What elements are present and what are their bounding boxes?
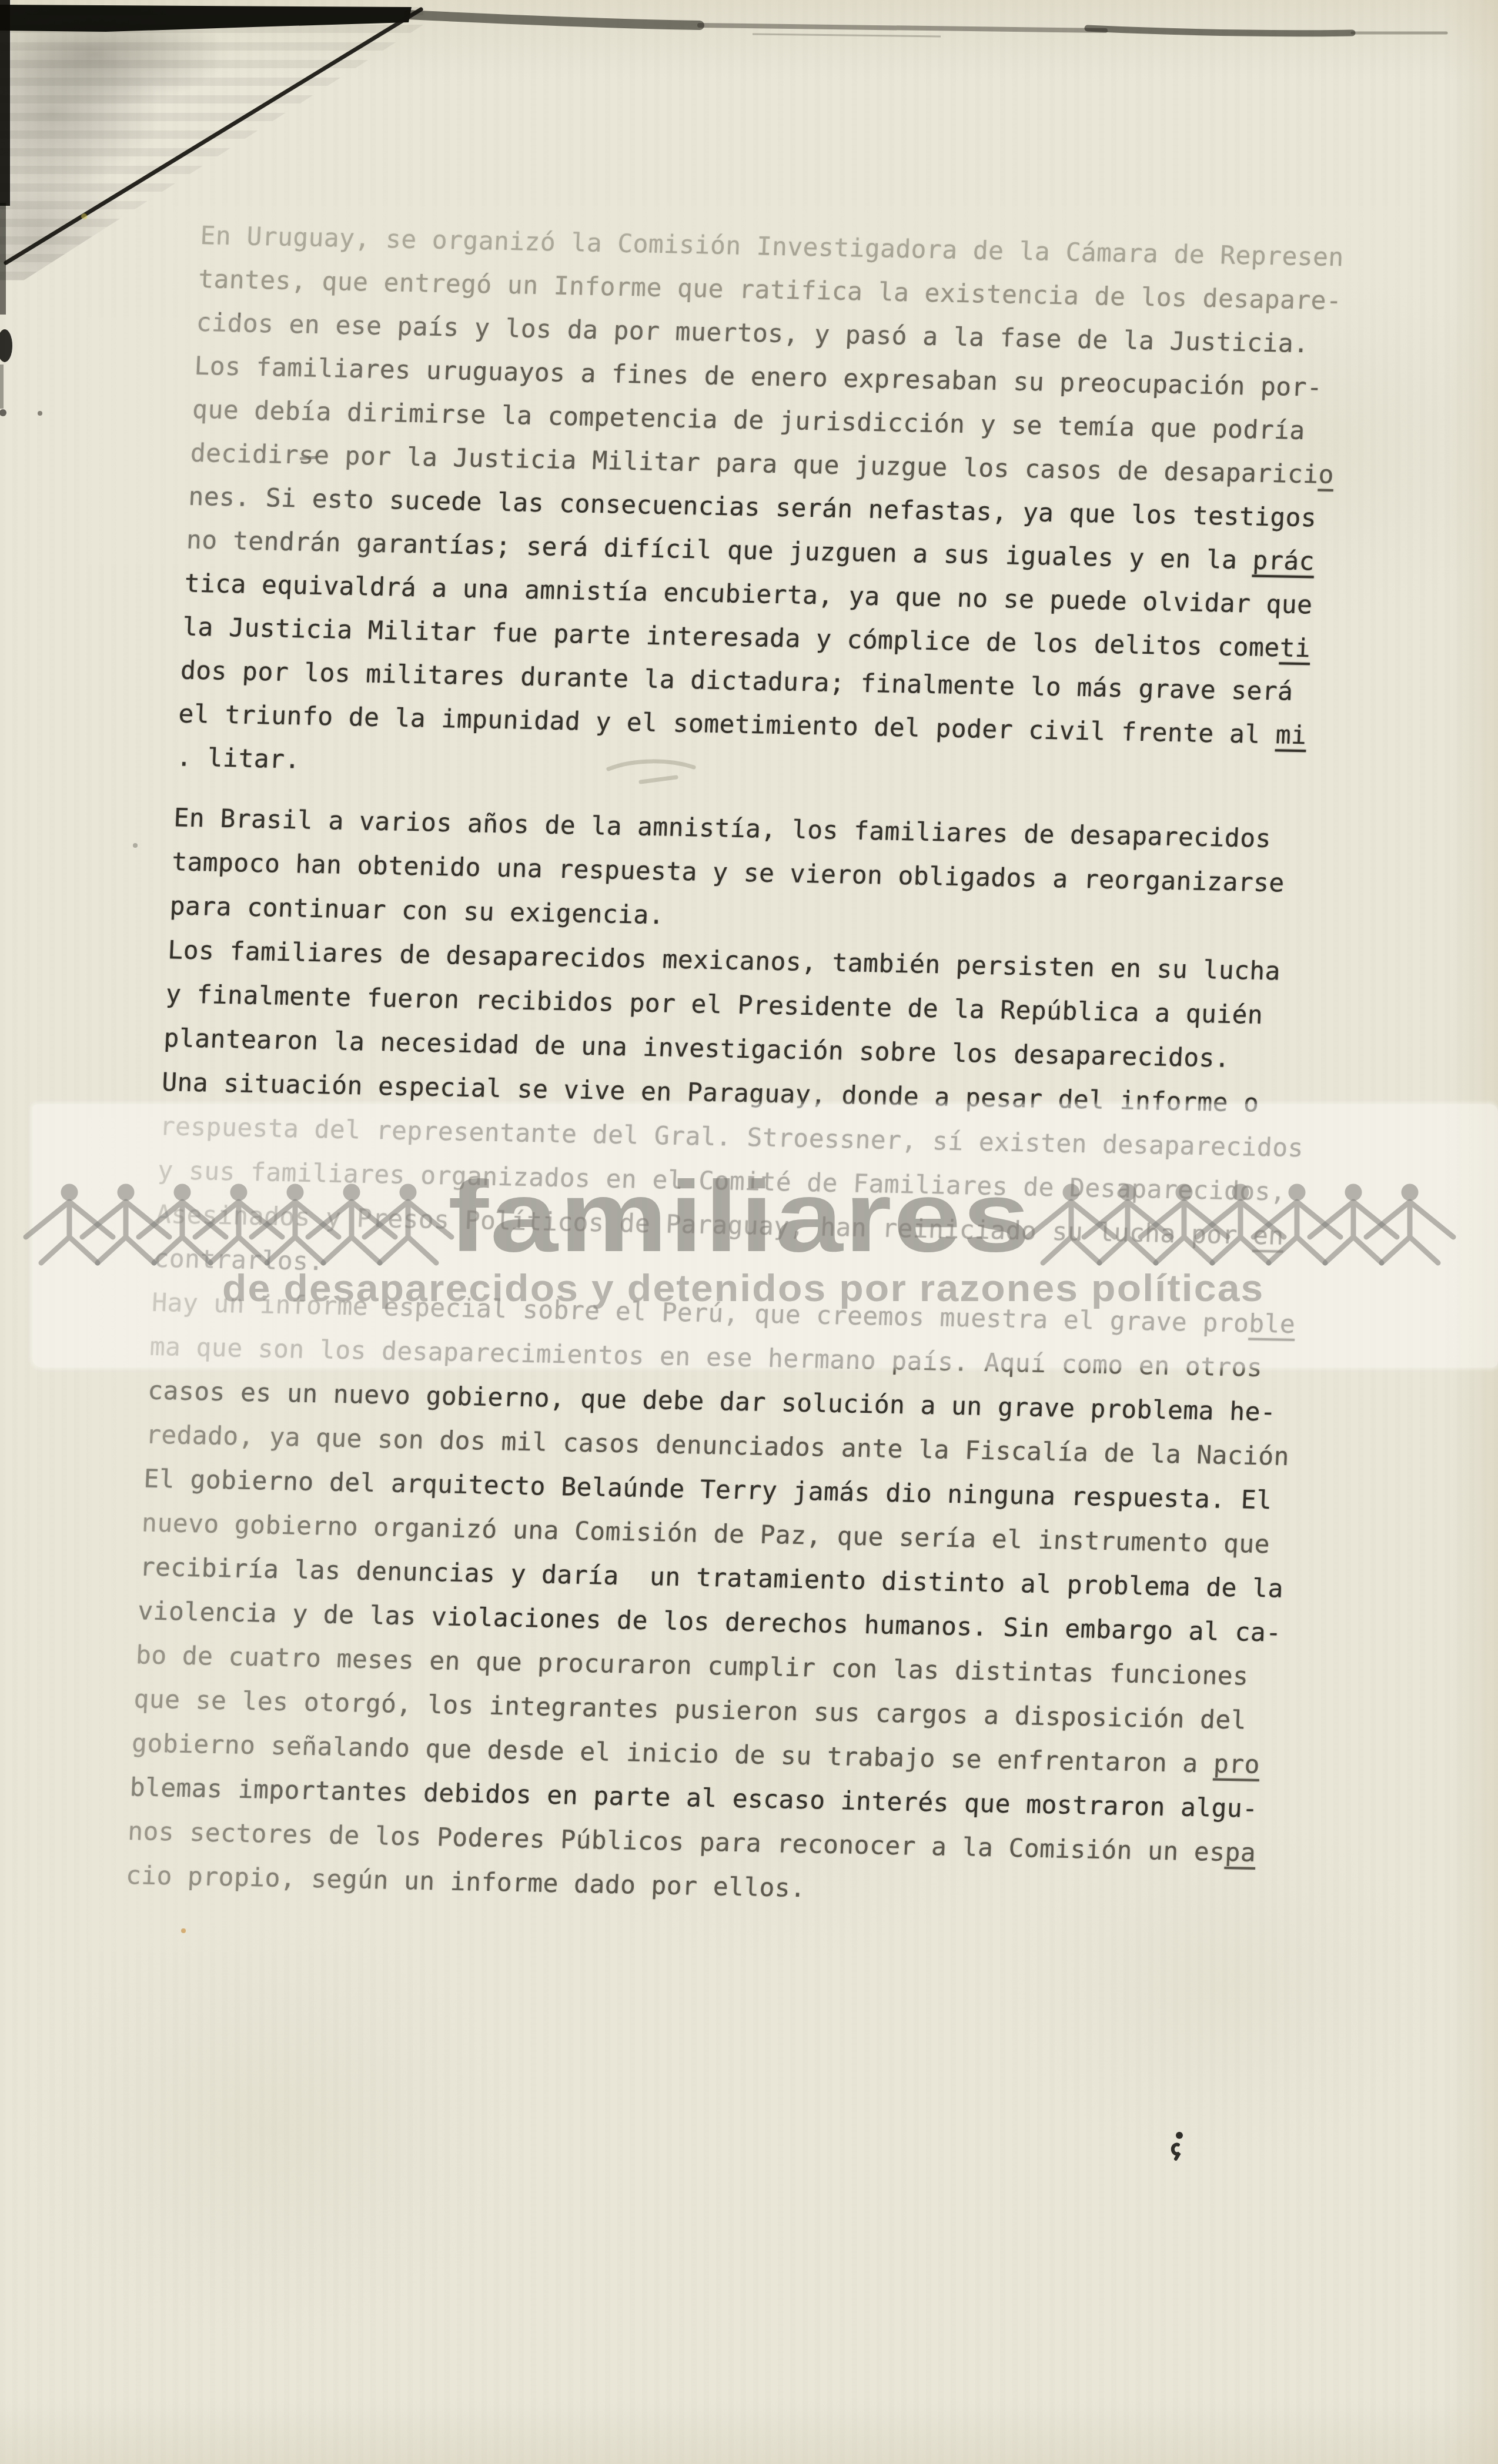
scanned-document-page: En Uruguay, se organizó la Comisión Inve… — [0, 0, 1498, 2464]
watermark-brand-text: familiares — [448, 1167, 1032, 1267]
typed-text-block: En Uruguay, se organizó la Comisión Inve… — [123, 219, 1376, 1945]
typed-line: cio propio, según un informe dado por el… — [125, 1858, 807, 1905]
paper-chain-people-icon — [1043, 1181, 1438, 1269]
paper-chain-people-icon — [41, 1181, 436, 1269]
watermark-tagline-text: de desaparecidos y detenidos por razones… — [222, 1269, 1264, 1308]
typed-line: para continuar con su exigencia. — [169, 889, 666, 932]
typed-line: plantearon la necesidad de una investiga… — [163, 1021, 1230, 1076]
typed-line: . litar. — [176, 740, 301, 777]
